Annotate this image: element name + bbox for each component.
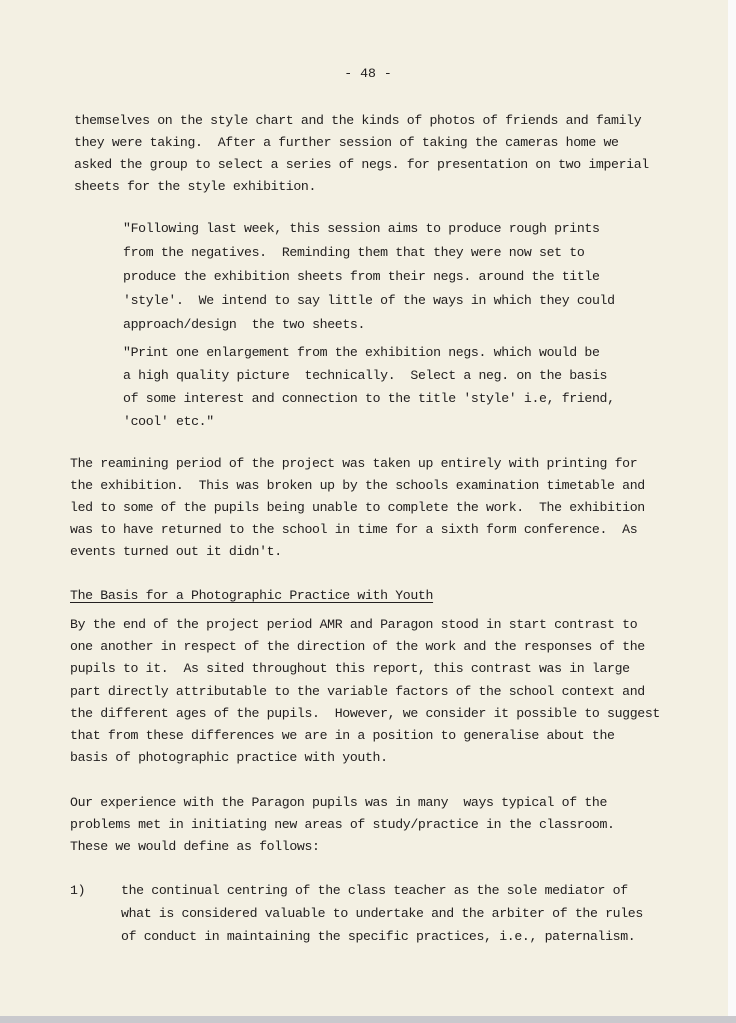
- page-edge-bottom: [0, 1016, 736, 1023]
- text-line: sheets for the style exhibition.: [74, 179, 316, 194]
- text-line: These we would define as follows:: [70, 839, 320, 854]
- text-line: By the end of the project period AMR and…: [70, 617, 637, 632]
- text-line: pupils to it. As sited throughout this r…: [70, 661, 630, 676]
- text-line: part directly attributable to the variab…: [70, 684, 645, 699]
- text-line: problems met in initiating new areas of …: [70, 817, 615, 832]
- text-line: the different ages of the pupils. Howeve…: [70, 706, 660, 721]
- text-line: they were taking. After a further sessio…: [74, 135, 619, 150]
- page-edge-right: [728, 0, 736, 1023]
- page-number: - 48 -: [0, 66, 736, 81]
- text-line: was to have returned to the school in ti…: [70, 522, 637, 537]
- list-item-line: of conduct in maintaining the specific p…: [121, 929, 635, 944]
- list-item-line: the continual centring of the class teac…: [121, 883, 628, 898]
- text-line: The reamining period of the project was …: [70, 456, 637, 471]
- text-line: basis of photographic practice with yout…: [70, 750, 388, 765]
- text-line: the exhibition. This was broken up by th…: [70, 478, 645, 493]
- list-item-line: what is considered valuable to undertake…: [121, 906, 643, 921]
- section-heading: The Basis for a Photographic Practice wi…: [70, 588, 433, 603]
- text-line: 'cool' etc.": [123, 414, 214, 429]
- list-marker: 1): [70, 883, 85, 898]
- text-line: that from these differences we are in a …: [70, 728, 615, 743]
- text-line: 'style'. We intend to say little of the …: [123, 293, 615, 308]
- text-line: led to some of the pupils being unable t…: [70, 500, 645, 515]
- text-line: events turned out it didn't.: [70, 544, 282, 559]
- text-line: "Following last week, this session aims …: [123, 221, 600, 236]
- text-line: approach/design the two sheets.: [123, 317, 365, 332]
- text-line: from the negatives. Reminding them that …: [123, 245, 584, 260]
- text-line: a high quality picture technically. Sele…: [123, 368, 607, 383]
- text-line: Our experience with the Paragon pupils w…: [70, 795, 607, 810]
- text-line: one another in respect of the direction …: [70, 639, 645, 654]
- text-line: themselves on the style chart and the ki…: [74, 113, 641, 128]
- text-line: "Print one enlargement from the exhibiti…: [123, 345, 600, 360]
- text-line: asked the group to select a series of ne…: [74, 157, 649, 172]
- text-line: produce the exhibition sheets from their…: [123, 269, 600, 284]
- text-line: of some interest and connection to the t…: [123, 391, 615, 406]
